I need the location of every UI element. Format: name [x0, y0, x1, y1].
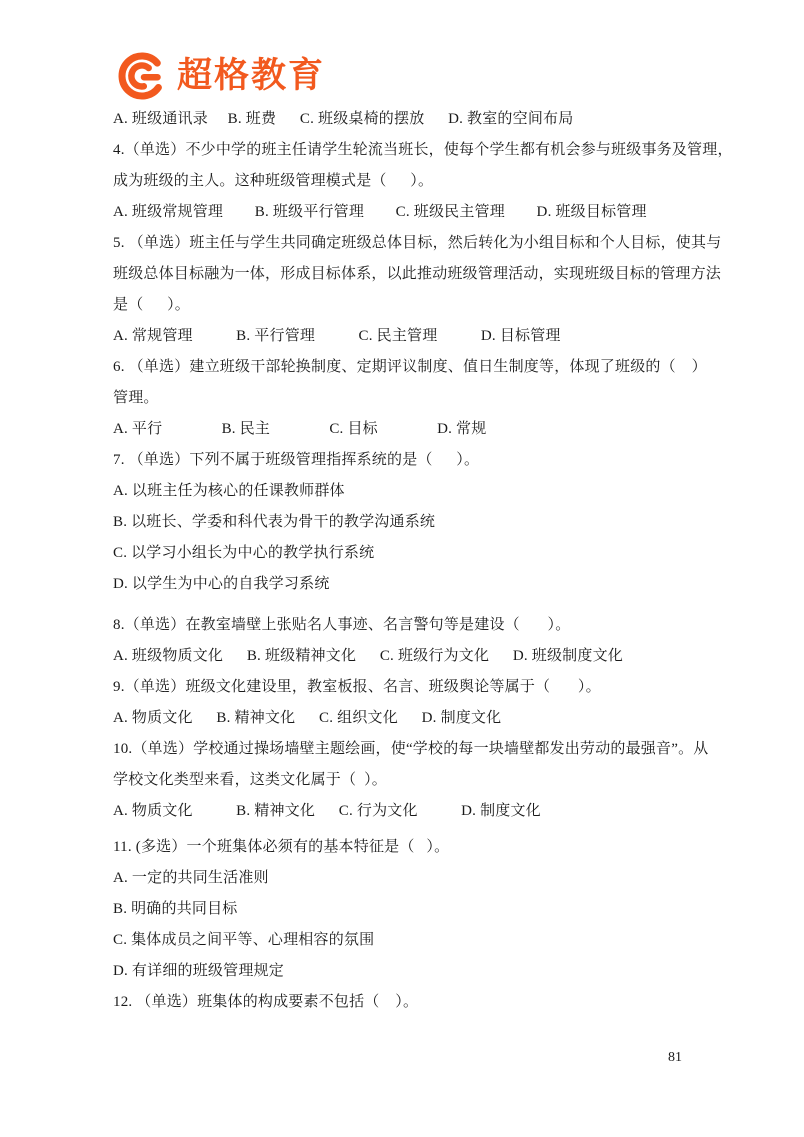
text-line: A. 平行 B. 民主 C. 目标 D. 常规: [113, 414, 733, 445]
text-line: A. 班级物质文化 B. 班级精神文化 C. 班级行为文化 D. 班级制度文化: [113, 641, 733, 672]
document-page: 超格教育 A. 班级通讯录 B. 班费 C. 班级桌椅的摆放 D. 教室的空间布…: [0, 0, 804, 1137]
text-line: D. 以学生为中心的自我学习系统: [113, 569, 733, 600]
text-line: 6. （单选）建立班级干部轮换制度、定期评议制度、值日生制度等，体现了班级的（ …: [113, 352, 733, 383]
text-line: 学校文化类型来看，这类文化属于（ ）。: [113, 765, 733, 796]
chaoge-g-spiral-icon: [116, 50, 168, 102]
text-line: 班级总体目标融为一体，形成目标体系，以此推动班级管理活动，实现班级目标的管理方法: [113, 259, 733, 290]
text-line: C. 以学习小组长为中心的教学执行系统: [113, 538, 733, 569]
text-line: 11. (多选）一个班集体必须有的基本特征是（ ）。: [113, 832, 733, 863]
text-line: 12. （单选）班集体的构成要素不包括（ ）。: [113, 987, 733, 1018]
text-line: 4.（单选）不少中学的班主任请学生轮流当班长，使每个学生都有机会参与班级事务及管…: [113, 135, 733, 166]
text-line: 7. （单选）下列不属于班级管理指挥系统的是（ ）。: [113, 445, 733, 476]
text-line: C. 集体成员之间平等、心理相容的氛围: [113, 925, 733, 956]
text-line: A. 一定的共同生活准则: [113, 863, 733, 894]
brand-name: 超格教育: [177, 50, 325, 102]
text-line: A. 常规管理 B. 平行管理 C. 民主管理 D. 目标管理: [113, 321, 733, 352]
text-line: B. 明确的共同目标: [113, 894, 733, 925]
text-line: 5. （单选）班主任与学生共同确定班级总体目标，然后转化为小组目标和个人目标，使…: [113, 228, 733, 259]
text-line: A. 物质文化 B. 精神文化 C. 行为文化 D. 制度文化: [113, 796, 733, 827]
text-line: D. 有详细的班级管理规定: [113, 956, 733, 987]
text-line: 9.（单选）班级文化建设里，教室板报、名言、班级舆论等属于（ ）。: [113, 672, 733, 703]
text-line: A. 班级常规管理 B. 班级平行管理 C. 班级民主管理 D. 班级目标管理: [113, 197, 733, 228]
text-line: A. 以班主任为核心的任课教师群体: [113, 476, 733, 507]
text-line: A. 物质文化 B. 精神文化 C. 组织文化 D. 制度文化: [113, 703, 733, 734]
page-number: 81: [668, 1050, 682, 1066]
text-line: 10.（单选）学校通过操场墙壁主题绘画，使“学校的每一块墙壁都发出劳动的最强音”…: [113, 734, 733, 765]
text-line: 是（ ）。: [113, 290, 733, 321]
text-line: 管理。: [113, 383, 733, 414]
exam-question-text: A. 班级通讯录 B. 班费 C. 班级桌椅的摆放 D. 教室的空间布局4.（单…: [113, 104, 733, 1018]
text-line: A. 班级通讯录 B. 班费 C. 班级桌椅的摆放 D. 教室的空间布局: [113, 104, 733, 135]
brand-logo: 超格教育: [116, 50, 325, 102]
text-line: 8.（单选）在教室墙壁上张贴名人事迹、名言警句等是建设（ ）。: [113, 610, 733, 641]
text-line: 成为班级的主人。这种班级管理模式是（ ）。: [113, 166, 733, 197]
text-line: B. 以班长、学委和科代表为骨干的教学沟通系统: [113, 507, 733, 538]
